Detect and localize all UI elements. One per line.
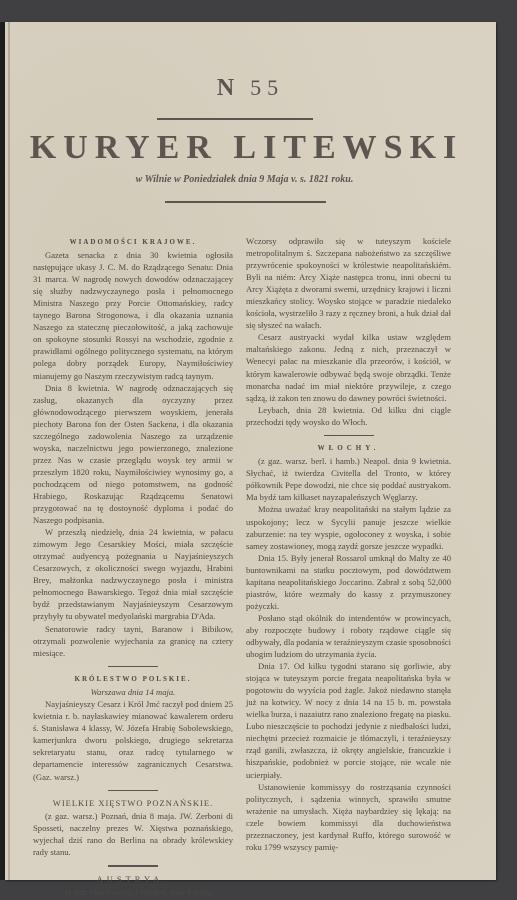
article-paragraph: Ustanowienie kommissyy do rostrząsania c… <box>246 781 451 853</box>
section-divider <box>108 666 158 668</box>
article-paragraph: Dnia 8 kwietnia. W nagrodę odznaczającyc… <box>33 382 233 527</box>
section-dateline: Warszawa dnia 14 maja. <box>33 686 233 698</box>
section-divider <box>108 865 158 867</box>
article-paragraph: Nayjaśnieyszy Cesarz i Król Jmć raczył p… <box>33 698 233 782</box>
newspaper-page: N55 KURYER LITEWSKI w Wilnie w Poniedzia… <box>5 22 496 880</box>
left-column: WIADOMOŚCI KRAJOWE. Gazeta senacka z dni… <box>33 235 233 898</box>
section-heading-krolestwo-polskie: KRÓLESTWO POLSKIE. <box>33 673 233 685</box>
issue-number-prefix: N <box>217 75 240 101</box>
section-heading-wiadomosci-krajowe: WIADOMOŚCI KRAJOWE. <box>33 236 233 248</box>
article-paragraph: (z gaz. warsz. berl. i hamb.) Neapol. dn… <box>246 455 451 503</box>
article-paragraph: Można uważać kray neapolitański na stały… <box>246 503 451 551</box>
section-divider <box>108 790 158 792</box>
article-paragraph: Gazeta senacka z dnia 30 kwietnia ogłosi… <box>33 249 233 382</box>
issue-dateline: w Wilnie w Poniedziałek dnia 9 Maja v. s… <box>5 174 496 185</box>
article-paragraph: Wczorsy odprawiło się w tuteyszym koście… <box>246 235 451 331</box>
section-heading-wielkie-xiestwo-poznanskie: WIELKIE XIĘSTWO POZNAŃSKIE. <box>33 797 233 809</box>
article-paragraph: Dnia 15. Były jenerał Rossarol umknął do… <box>246 552 451 612</box>
article-paragraph: Senatorowie radcy tayni, Baranow i Bibik… <box>33 623 233 659</box>
section-heading-austrya: AUSTRYA. <box>33 873 233 885</box>
section-divider <box>324 435 374 437</box>
article-paragraph: Posłano stąd okólnik do intendentów w pr… <box>246 612 451 660</box>
article-paragraph: Leybach, dnia 28 kwietnia. Od kilku dni … <box>246 404 451 428</box>
masthead-rule-bottom <box>165 201 326 203</box>
issue-number-value: 55 <box>250 75 284 100</box>
right-column: Wczorsy odprawiło się w tuteyszym koście… <box>246 235 451 853</box>
article-paragraph: (z gaz. i korr. warsz.) Wiedeń, dnia 4 m… <box>33 886 233 898</box>
article-paragraph: (z gaz. warsz.) Poznań, dnia 8 maja. JW.… <box>33 810 233 858</box>
article-paragraph: Cesarz austryacki wydał kilka ustaw wzgl… <box>246 331 451 403</box>
article-paragraph: W przeszłą niedzielę, dnia 24 kwietnia, … <box>33 526 233 622</box>
document-viewer: N55 KURYER LITEWSKI w Wilnie w Poniedzia… <box>0 0 517 900</box>
newspaper-title: KURYER LITEWSKI <box>5 129 496 167</box>
issue-number: N55 <box>5 75 496 102</box>
masthead-rule-top <box>157 118 313 120</box>
article-paragraph: Dnia 17. Od kilku tygodni starano się go… <box>246 660 451 780</box>
section-heading-wlochy: WŁOCHY. <box>246 442 451 454</box>
